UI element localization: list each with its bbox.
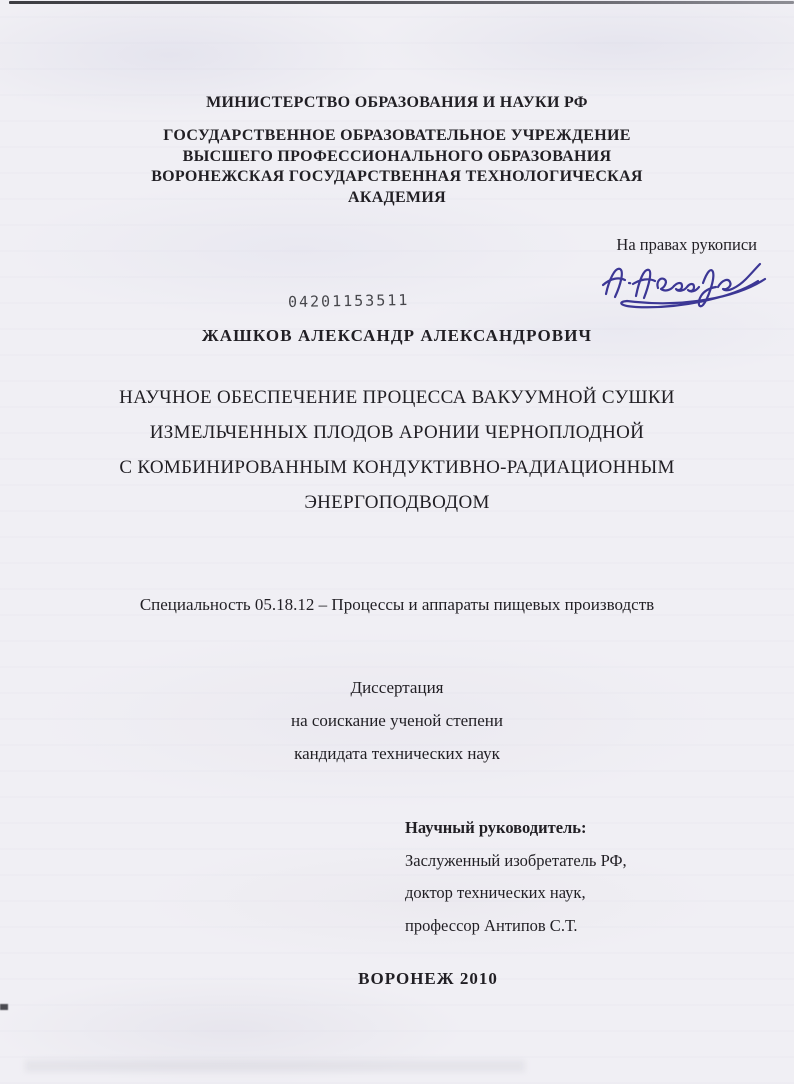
thesis-line: Диссертация (0, 671, 794, 704)
institution-line: ГОСУДАРСТВЕННОЕ ОБРАЗОВАТЕЛЬНОЕ УЧРЕЖДЕН… (0, 126, 794, 147)
supervisor-line: доктор технических наук, (405, 877, 627, 910)
thesis-line: кандидата технических наук (0, 737, 794, 770)
signature-icon (598, 252, 773, 316)
institution-line: ВОРОНЕЖСКАЯ ГОСУДАРСТВЕННАЯ ТЕХНОЛОГИЧЕС… (0, 167, 794, 188)
institution-line: АКАДЕМИЯ (0, 188, 794, 209)
scan-edge-artifact-top (9, 1, 794, 4)
author-name: ЖАШКОВ АЛЕКСАНДР АЛЕКСАНДРОВИЧ (0, 326, 794, 346)
thesis-line: на соискание ученой степени (0, 704, 794, 737)
institution-line: ВЫСШЕГО ПРОФЕССИОНАЛЬНОГО ОБРАЗОВАНИЯ (0, 147, 794, 168)
title-line: ИЗМЕЛЬЧЕННЫХ ПЛОДОВ АРОНИИ ЧЕРНОПЛОДНОЙ (0, 415, 794, 450)
supervisor-label: Научный руководитель: (405, 812, 627, 845)
title-line: НАУЧНОЕ ОБЕСПЕЧЕНИЕ ПРОЦЕССА ВАКУУМНОЙ С… (0, 380, 794, 415)
supervisor-line: профессор Антипов С.Т. (405, 910, 627, 943)
dissertation-title: НАУЧНОЕ ОБЕСПЕЧЕНИЕ ПРОЦЕССА ВАКУУМНОЙ С… (0, 380, 794, 520)
title-line: ЭНЕРГОПОДВОДОМ (0, 485, 794, 520)
specialty-line: Специальность 05.18.12 – Процессы и аппа… (0, 595, 794, 615)
city-year: ВОРОНЕЖ 2010 (31, 969, 794, 989)
supervisor-block: Научный руководитель: Заслуженный изобре… (405, 812, 627, 942)
registration-number: 04201153511 (288, 291, 410, 311)
title-line: С КОМБИНИРОВАННЫМ КОНДУКТИВНО-РАДИАЦИОНН… (0, 450, 794, 485)
supervisor-line: Заслуженный изобретатель РФ, (405, 845, 627, 878)
institution-name: ГОСУДАРСТВЕННОЕ ОБРАЗОВАТЕЛЬНОЕ УЧРЕЖДЕН… (0, 126, 794, 208)
thesis-description: Диссертация на соискание ученой степени … (0, 671, 794, 770)
scan-bleed-streak (25, 1060, 525, 1072)
scan-edge-artifact-left (0, 1004, 8, 1010)
ministry-header: МИНИСТЕРСТВО ОБРАЗОВАНИЯ И НАУКИ РФ (0, 94, 794, 112)
dissertation-title-page: МИНИСТЕРСТВО ОБРАЗОВАНИЯ И НАУКИ РФ ГОСУ… (0, 0, 794, 1084)
